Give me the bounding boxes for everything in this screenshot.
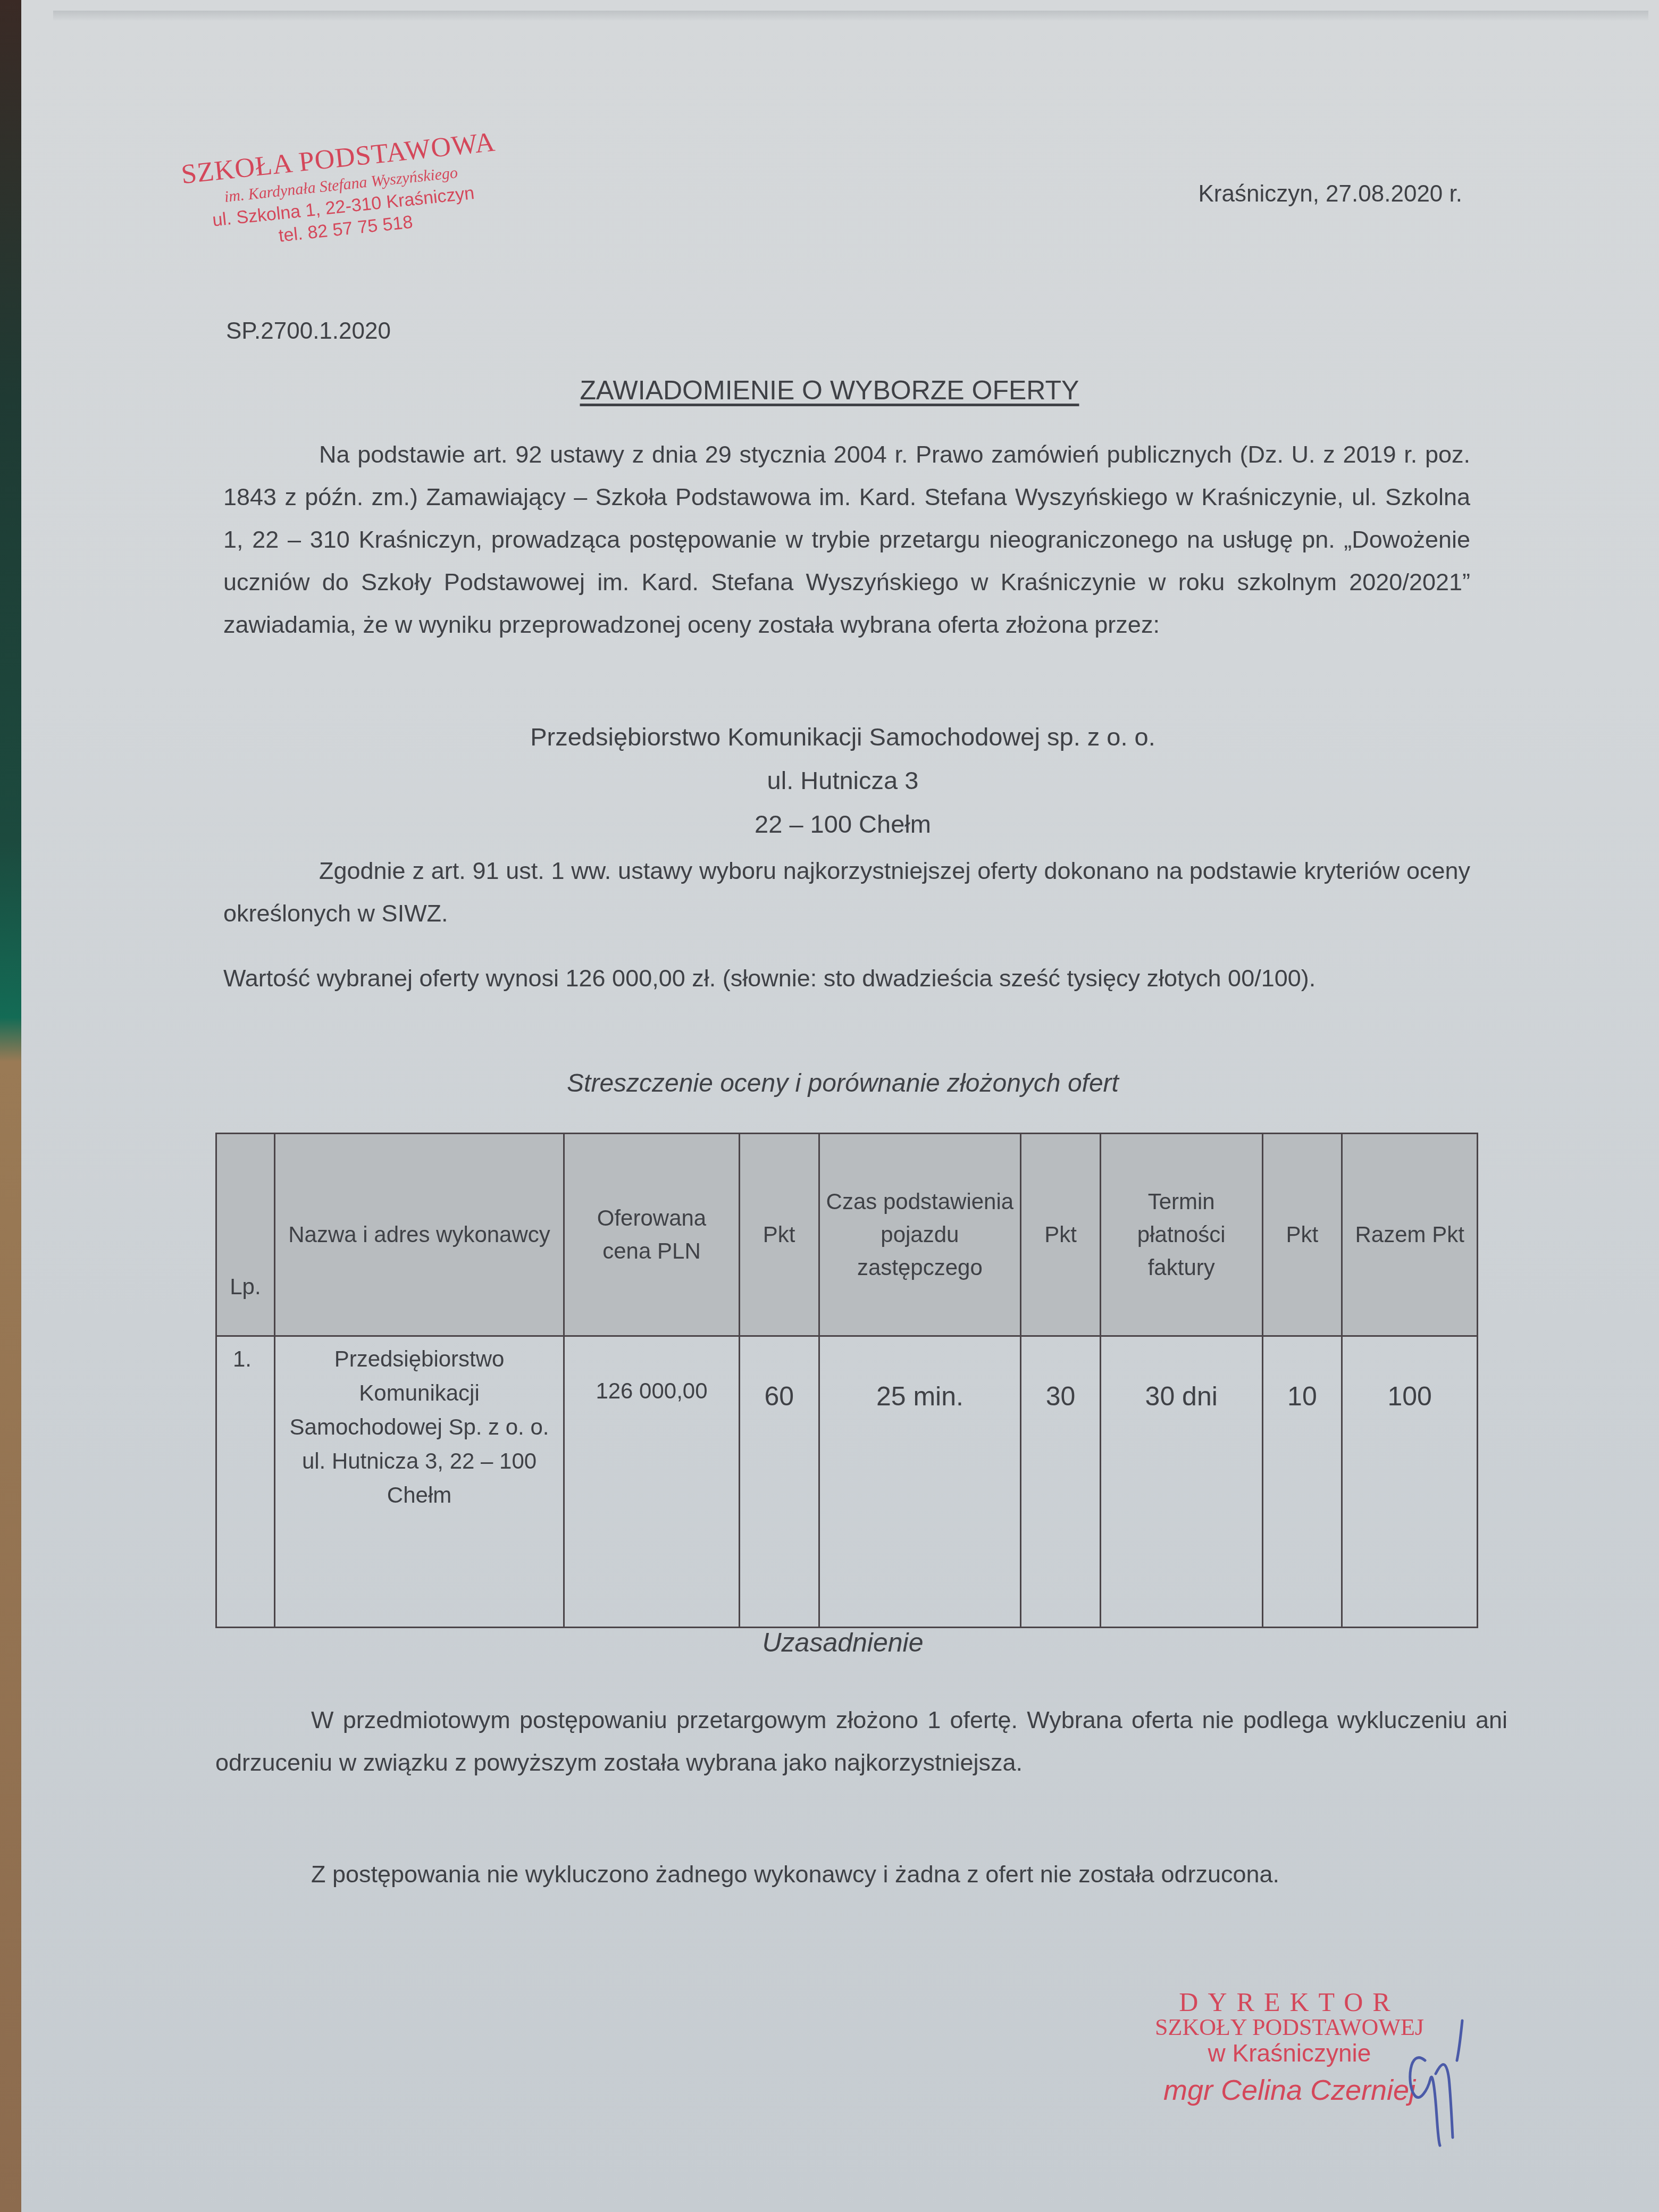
header-replacement-points: Pkt [1021, 1134, 1101, 1336]
cell-contractor: Przedsiębiorstwo Komunikacji Samochodowe… [274, 1336, 564, 1628]
header-price: Oferowana cena PLN [564, 1134, 740, 1336]
cell-total-points: 100 [1342, 1336, 1478, 1628]
header-payment-points: Pkt [1262, 1134, 1342, 1336]
table-caption: Streszczenie oceny i porównanie złożonyc… [0, 1069, 1659, 1098]
justification-paragraph-2: Z postępowania nie wykluczono żadnego wy… [215, 1853, 1507, 1896]
header-price-points: Pkt [739, 1134, 819, 1336]
company-street: ul. Hutnicza 3 [0, 759, 1659, 802]
cell-replacement-time: 25 min. [819, 1336, 1021, 1628]
document-title-text: ZAWIADOMIENIE O WYBORZE OFERTY [580, 375, 1079, 405]
company-name: Przedsiębiorstwo Komunikacji Samochodowe… [0, 715, 1659, 759]
justification-paragraph-1: W przedmiotowym postępowaniu przetargowy… [215, 1699, 1507, 1784]
justification-title: Uzasadnienie [0, 1627, 1659, 1658]
cell-payment-term: 30 dni [1100, 1336, 1262, 1628]
place-date: Kraśniczyn, 27.08.2020 r. [1198, 181, 1462, 207]
document-title: ZAWIADOMIENIE O WYBORZE OFERTY [0, 375, 1659, 406]
handwritten-signature-icon [1404, 2010, 1473, 2148]
intro-paragraph: Na podstawie art. 92 ustawy z dnia 29 st… [223, 433, 1470, 646]
cell-price-points: 60 [739, 1336, 819, 1628]
cell-replacement-points: 30 [1021, 1336, 1101, 1628]
header-payment-term: Termin płatności faktury [1100, 1134, 1262, 1336]
header-contractor: Nazwa i adres wykonawcy [274, 1134, 564, 1336]
company-city: 22 – 100 Chełm [0, 802, 1659, 846]
cell-payment-points: 10 [1262, 1336, 1342, 1628]
header-total-points: Razem Pkt [1342, 1134, 1478, 1336]
selected-company-block: Przedsiębiorstwo Komunikacji Samochodowe… [0, 715, 1659, 846]
table-row: 1. Przedsiębiorstwo Komunikacji Samochod… [216, 1336, 1478, 1628]
criteria-paragraph: Zgodnie z art. 91 ust. 1 ww. ustawy wybo… [223, 850, 1470, 935]
offer-value-paragraph: Wartość wybranej oferty wynosi 126 000,0… [223, 957, 1470, 1000]
header-replacement-time: Czas podstawienia pojazdu zastępczego [819, 1134, 1021, 1336]
cell-price: 126 000,00 [564, 1336, 740, 1628]
reference-number: SP.2700.1.2020 [226, 318, 391, 345]
table-header-row: Lp. Nazwa i adres wykonawcy Oferowana ce… [216, 1134, 1478, 1336]
offers-table: Lp. Nazwa i adres wykonawcy Oferowana ce… [215, 1133, 1478, 1628]
desk-background [0, 0, 24, 2212]
cell-lp: 1. [216, 1336, 275, 1628]
paper-fold-shadow [53, 11, 1648, 21]
header-lp: Lp. [216, 1134, 275, 1336]
